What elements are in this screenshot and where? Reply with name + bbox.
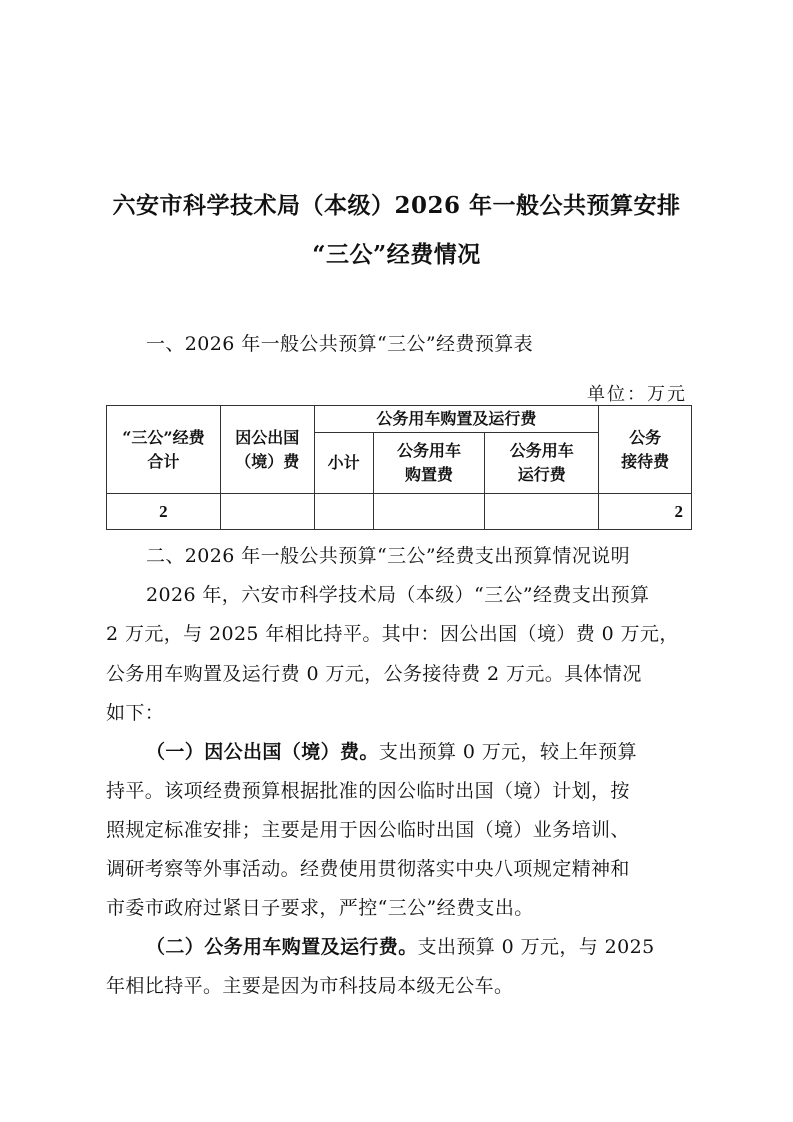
cell-vehicle-subtotal	[314, 494, 373, 530]
item2-lead: （二）公务用车购置及运行费。	[146, 936, 418, 958]
item2-line2: 年相比持平。主要是因为市科技局本级无公车。	[106, 971, 513, 998]
unit-label: 单位：万元	[587, 380, 687, 406]
para1-line2: 2 万元，与 2025 年相比持平。其中：因公出国（境）费 0 万元，	[106, 619, 679, 646]
para1-line1: 2026 年，六安市科学技术局（本级）“三公”经费支出预算	[146, 580, 649, 607]
item1-line1: （一）因公出国（境）费。支出预算 0 万元，较上年预算	[146, 737, 637, 764]
item2-line1: （二）公务用车购置及运行费。支出预算 0 万元，与 2025	[146, 932, 655, 959]
item1-line3: 照规定标准安排；主要是用于因公临时出国（境）业务培训、	[106, 815, 630, 842]
cell-vehicle-operation	[485, 494, 599, 530]
item1-line5: 市委市政府过紧日子要求，严控“三公”经费支出。	[106, 893, 534, 920]
section1-heading: 一、2026 年一般公共预算“三公”经费预算表	[146, 329, 533, 356]
para1-line3: 公务用车购置及运行费 0 万元，公务接待费 2 万元。具体情况	[106, 659, 642, 686]
three-public-budget-table: “三公”经费 合计 因公出国 （境）费 公务用车购置及运行费 公务 接待费 小计…	[106, 405, 692, 530]
cell-total: 2	[107, 494, 221, 530]
item1-line2: 持平。该项经费预算根据批准的因公临时出国（境）计划，按	[106, 776, 630, 803]
section2-heading: 二、2026 年一般公共预算“三公”经费支出预算情况说明	[146, 541, 630, 568]
para1-line4: 如下：	[106, 698, 164, 725]
header-vehicle-subtotal: 小计	[314, 433, 373, 494]
table-row: 2 2	[107, 494, 692, 530]
cell-abroad	[220, 494, 314, 530]
header-total: “三公”经费 合计	[107, 406, 221, 494]
header-vehicle-group: 公务用车购置及运行费	[314, 406, 598, 433]
document-title-line2: “三公”经费情况	[0, 236, 793, 269]
document-title-line1: 六安市科学技术局（本级）2026 年一般公共预算安排	[0, 187, 793, 220]
cell-vehicle-purchase	[373, 494, 485, 530]
header-vehicle-purchase: 公务用车 购置费	[373, 433, 485, 494]
header-reception: 公务 接待费	[599, 406, 692, 494]
header-abroad: 因公出国 （境）费	[220, 406, 314, 494]
cell-reception: 2	[599, 494, 692, 530]
header-vehicle-operation: 公务用车 运行费	[485, 433, 599, 494]
item1-line4: 调研考察等外事活动。经费使用贯彻落实中央八项规定精神和	[106, 854, 630, 881]
item1-lead: （一）因公出国（境）费。	[146, 741, 379, 763]
